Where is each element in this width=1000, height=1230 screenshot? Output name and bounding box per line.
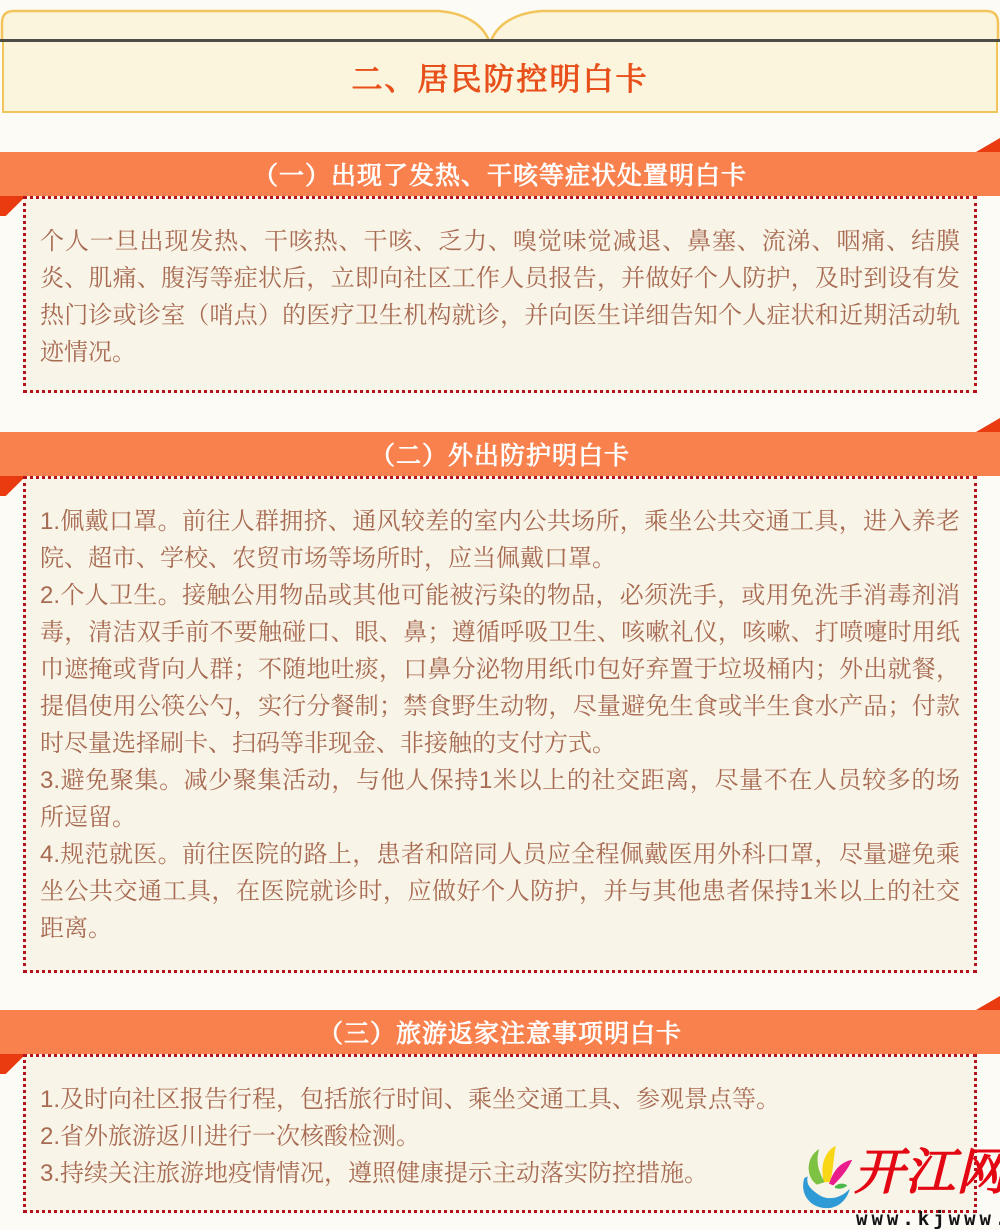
card-paragraph: 个人一旦出现发热、干咳热、干咳、乏力、嗅觉味觉减退、鼻塞、流涕、咽痛、结膜炎、肌… <box>40 223 960 371</box>
section-header-going-out-card: （二）外出防护明白卡 <box>0 432 1000 476</box>
section-header-symptom-card: （一）出现了发热、干咳等症状处置明白卡 <box>0 152 1000 196</box>
page-title: 二、居民防控明白卡 <box>352 54 649 99</box>
card-paragraph: 2.个人卫生。接触公用物品或其他可能被污染的物品，必须洗手，或用免洗手消毒剂消毒… <box>40 577 960 762</box>
site-url: www.kjwww.cn <box>856 1208 1000 1230</box>
card-paragraph: 4.规范就医。前往医院的路上，患者和陪同人员应全程佩戴医用外科口罩，尽量避免乘坐… <box>40 836 960 947</box>
ribbon-fold-top-right <box>976 138 1000 152</box>
card-going-out-protection: 1.佩戴口罩。前往人群拥挤、通风较差的室内公共场所，乘坐公共交通工具，进入养老院… <box>23 476 977 973</box>
card-symptom-handling: 个人一旦出现发热、干咳热、干咳、乏力、嗅觉味觉减退、鼻塞、流涕、咽痛、结膜炎、肌… <box>23 196 977 393</box>
ribbon-fold-top-right <box>976 996 1000 1010</box>
card-paragraph: 3.避免聚集。减少聚集活动，与他人保持1米以上的社交距离，尽量不在人员较多的场所… <box>40 762 960 836</box>
site-watermark: 开江网 www.kjwww.cn <box>792 1136 1000 1230</box>
section-title: （一）出现了发热、干咳等症状处置明白卡 <box>253 156 747 192</box>
main-title-banner-body: 二、居民防控明白卡 <box>2 41 998 113</box>
phoenix-flower-logo-icon <box>792 1142 858 1214</box>
ribbon-fold-top-right <box>976 418 1000 432</box>
scroll-notch-shape <box>0 8 1000 41</box>
section-title: （三）旅游返家注意事项明白卡 <box>318 1014 682 1050</box>
card-paragraph: 1.及时向社区报告行程，包括旅行时间、乘坐交通工具、参观景点等。 <box>40 1081 960 1118</box>
notice-page: 二、居民防控明白卡 （一）出现了发热、干咳等症状处置明白卡 个人一旦出现发热、干… <box>0 0 1000 1230</box>
site-name-calligraphy: 开江网 <box>854 1142 1000 1202</box>
banner-divider-line <box>0 39 1000 42</box>
section-header-travel-return-card: （三）旅游返家注意事项明白卡 <box>0 1010 1000 1054</box>
section-title: （二）外出防护明白卡 <box>370 436 630 472</box>
card-paragraph: 1.佩戴口罩。前往人群拥挤、通风较差的室内公共场所，乘坐公共交通工具，进入养老院… <box>40 503 960 577</box>
main-title-banner: 二、居民防控明白卡 <box>0 0 1000 114</box>
